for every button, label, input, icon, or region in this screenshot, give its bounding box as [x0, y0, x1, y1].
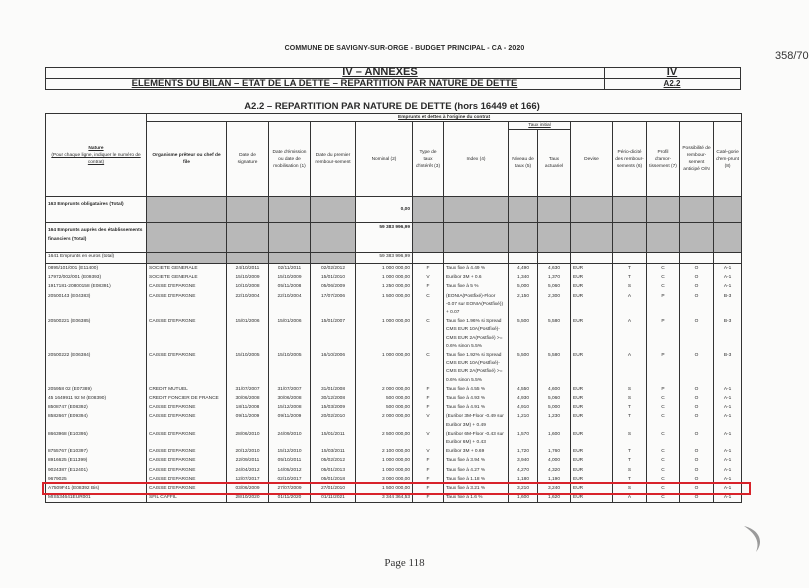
- cell-actuariel: 1,600: [538, 430, 571, 447]
- debt-table: Nature (Pour chaque ligne, indiquer le n…: [45, 113, 742, 503]
- cell-type: F: [413, 484, 444, 493]
- cell-prem: 17/07/2006: [311, 292, 356, 318]
- cell-nature: 8508747 (E08392): [46, 403, 147, 412]
- table-row: 9679025CAISSE D'EPARGNE12/07/201702/10/2…: [46, 475, 742, 484]
- cell-profil: P: [647, 351, 680, 385]
- cell-profil: P: [647, 317, 680, 351]
- cell-organisme: CAISSE D'EPARGNE: [147, 466, 227, 475]
- cell-nominal: 2 500 000,00: [356, 430, 413, 447]
- cell-niveau: 3,940: [509, 456, 538, 465]
- cell-possib: O: [680, 475, 714, 484]
- cell-prem: 30/12/2008: [311, 394, 356, 403]
- cell-profil: C: [647, 282, 680, 291]
- cell-index: Taux fixe à 3.21 %: [444, 484, 509, 493]
- cell-profil: C: [647, 412, 680, 429]
- total-nominal: 59 383 996,99: [356, 223, 413, 253]
- shaded-cell: [509, 197, 538, 223]
- cell-sig: 12/07/2017: [227, 475, 269, 484]
- total-row: 164 Emprunts auprès des établissements f…: [46, 223, 742, 253]
- cell-devise: EUR: [571, 412, 613, 429]
- section-title: A2.2 – REPARTITION PAR NATURE DE DETTE (…: [45, 101, 739, 112]
- cell-index: Taux fixe à 3.94 %: [444, 456, 509, 465]
- table-row: 8916625 (E11399)CAISSE D'EPARGNE22/09/20…: [46, 456, 742, 465]
- shaded-cell: [413, 197, 444, 223]
- cell-nature: 9679025: [46, 475, 147, 484]
- cell-cat: A-1: [714, 273, 742, 282]
- cell-devise: EUR: [571, 493, 613, 503]
- cell-possib: O: [680, 430, 714, 447]
- cell-nature: 17972/002/001 (E09393): [46, 273, 147, 282]
- shaded-cell: [613, 223, 647, 253]
- cell-nature: 20500222 (E06384): [46, 351, 147, 385]
- cell-cat: A-1: [714, 493, 742, 503]
- cell-cat: A-1: [714, 394, 742, 403]
- cell-actuariel: 2,300: [538, 292, 571, 318]
- col-periodicite: Pério-dicité des rembour-sements (6): [613, 122, 647, 197]
- cell-niveau: 2,150: [509, 292, 538, 318]
- cell-organisme: CAISSE D'EPARGNE: [147, 447, 227, 456]
- shaded-cell: [413, 223, 444, 253]
- document-header: COMMUNE DE SAVIGNY-SUR-ORGE - BUDGET PRI…: [0, 45, 809, 52]
- cell-devise: EUR: [571, 394, 613, 403]
- cell-prem: 15/01/2010: [311, 273, 356, 282]
- cell-possib: O: [680, 264, 714, 274]
- cell-index: (Euribor 3M-Floor -0.49 sur Euribor 3M) …: [444, 412, 509, 429]
- cell-emi: 15/10/2009: [269, 273, 311, 282]
- cell-nature: 8916625 (E11399): [46, 456, 147, 465]
- cell-organisme: CAISSE D'EPARGNE: [147, 430, 227, 447]
- cell-type: C: [413, 351, 444, 385]
- cell-possib: O: [680, 292, 714, 318]
- table-row: A7509F41 (E08392 Bis)CAISSE D'EPARGNE03/…: [46, 484, 742, 493]
- cell-nature: A7509F41 (E08392 Bis): [46, 484, 147, 493]
- cell-actuariel: 5,580: [538, 351, 571, 385]
- cell-nature: 8663968 (E10395): [46, 430, 147, 447]
- col-profil: Profil d'amor-tissement (7): [647, 122, 680, 197]
- cell-sig: 22/09/2011: [227, 456, 269, 465]
- cell-possib: O: [680, 447, 714, 456]
- cell-cat: A-1: [714, 484, 742, 493]
- shaded-cell: [538, 223, 571, 253]
- col-niveau: Niveau de taux (5): [509, 130, 538, 197]
- cell-prem: 05/06/2009: [311, 282, 356, 291]
- shaded-cell: [571, 253, 613, 264]
- col-actuariel: Taux actuariel: [538, 130, 571, 197]
- cell-nominal: 1 500 000,00: [356, 292, 413, 318]
- cell-possib: O: [680, 317, 714, 351]
- shaded-cell: [647, 197, 680, 223]
- col-date-emission: Date d'émission ou date de mobilisation …: [269, 122, 311, 197]
- shaded-cell: [509, 223, 538, 253]
- cell-type: F: [413, 264, 444, 274]
- shaded-cell: [714, 223, 742, 253]
- cell-sig: 22/10/2004: [227, 292, 269, 318]
- cell-sig: 30/06/2008: [227, 394, 269, 403]
- cell-organisme: CAISSE D'EPARGNE: [147, 456, 227, 465]
- shaded-cell: [444, 223, 509, 253]
- cell-niveau: 4,490: [509, 264, 538, 274]
- cell-index: (EONIA(Postfixé)-Floor -0.07 sur EONIA(P…: [444, 292, 509, 318]
- cell-possib: O: [680, 385, 714, 394]
- cell-possib: O: [680, 456, 714, 465]
- cell-emi: 24/09/2010: [269, 430, 311, 447]
- annex-title: IV – ANNEXES: [280, 67, 480, 78]
- cell-cat: A-1: [714, 282, 742, 291]
- cell-period: A: [613, 292, 647, 318]
- cell-prem: 05/01/2013: [311, 466, 356, 475]
- cell-sig: 24/10/2011: [227, 264, 269, 274]
- table-row: 45 1649911 92 M (E08390)CREDIT FONCIER D…: [46, 394, 742, 403]
- cell-sig: 31/07/2007: [227, 385, 269, 394]
- cell-index: Taux fixe à 1.6 %: [444, 493, 509, 503]
- cell-period: A: [613, 317, 647, 351]
- cell-devise: EUR: [571, 447, 613, 456]
- col-taux-initial: Taux initial: [509, 122, 571, 130]
- cell-sig: 28/06/2010: [227, 430, 269, 447]
- cell-sig: 18/11/2008: [227, 403, 269, 412]
- cell-emi: 15/01/2006: [269, 317, 311, 351]
- cell-cat: A-1: [714, 447, 742, 456]
- cell-actuariel: 4,600: [538, 385, 571, 394]
- shaded-cell: [269, 223, 311, 253]
- col-date-signature: Date de signature: [227, 122, 269, 197]
- shaded-cell: [227, 197, 269, 223]
- total-row: 163 Emprunts obligataires (Total)0,00: [46, 197, 742, 223]
- cell-emi: 31/07/2007: [269, 385, 311, 394]
- page-footer: Page 118: [0, 557, 809, 569]
- cell-niveau: 4,270: [509, 466, 538, 475]
- shaded-cell: [538, 197, 571, 223]
- cell-actuariel: 3,240: [538, 484, 571, 493]
- table-row: MIS534641EUR001SFIL CAFFIL28/10/202001/1…: [46, 493, 742, 503]
- cell-devise: EUR: [571, 484, 613, 493]
- cell-possib: O: [680, 273, 714, 282]
- cell-emi: 02/10/2017: [269, 475, 311, 484]
- cell-type: V: [413, 430, 444, 447]
- cell-cat: A-1: [714, 412, 742, 429]
- cell-profil: C: [647, 403, 680, 412]
- cell-prem: 02/02/2012: [311, 264, 356, 274]
- cell-profil: P: [647, 385, 680, 394]
- cell-type: F: [413, 282, 444, 291]
- cell-niveau: 1,720: [509, 447, 538, 456]
- cell-profil: C: [647, 475, 680, 484]
- cell-devise: EUR: [571, 475, 613, 484]
- cell-emi: 01/11/2020: [269, 493, 311, 503]
- cell-devise: EUR: [571, 282, 613, 291]
- cell-possib: O: [680, 403, 714, 412]
- cell-niveau: 1,180: [509, 475, 538, 484]
- cell-type: V: [413, 447, 444, 456]
- cell-profil: C: [647, 456, 680, 465]
- shaded-cell: [311, 197, 356, 223]
- cell-actuariel: 5,060: [538, 394, 571, 403]
- cell-period: T: [613, 264, 647, 274]
- cell-possib: O: [680, 351, 714, 385]
- shaded-cell: [714, 253, 742, 264]
- cell-niveau: 1,570: [509, 430, 538, 447]
- cell-type: C: [413, 292, 444, 318]
- cell-sig: 24/04/2012: [227, 466, 269, 475]
- cell-prem: 15/01/2007: [311, 317, 356, 351]
- cell-sig: 20/12/2010: [227, 447, 269, 456]
- cell-prem: 15/03/2011: [311, 447, 356, 456]
- cell-nominal: 3 000 000,00: [356, 475, 413, 484]
- cell-period: T: [613, 447, 647, 456]
- cell-nominal: 1 000 000,00: [356, 466, 413, 475]
- cell-devise: EUR: [571, 430, 613, 447]
- cell-period: S: [613, 282, 647, 291]
- cell-actuariel: 4,000: [538, 456, 571, 465]
- cell-sig: 15/10/2005: [227, 351, 269, 385]
- cell-devise: EUR: [571, 403, 613, 412]
- cell-possib: O: [680, 412, 714, 429]
- total-label: 164 Emprunts auprès des établissements f…: [46, 223, 147, 253]
- col-index: Index (4): [444, 122, 509, 197]
- cell-period: A: [613, 351, 647, 385]
- cell-possib: O: [680, 282, 714, 291]
- col-type-taux: Type de taux d'intérêt (3): [413, 122, 444, 197]
- shaded-cell: [571, 197, 613, 223]
- cell-type: C: [413, 317, 444, 351]
- cell-sig: 03/06/2009: [227, 484, 269, 493]
- cell-actuariel: 1,190: [538, 475, 571, 484]
- annex-code: IV: [605, 67, 739, 78]
- cell-index: Taux fixe à 4.55 %: [444, 385, 509, 394]
- table-row: 9024387 (E12401)CAISSE D'EPARGNE24/04/20…: [46, 466, 742, 475]
- cell-sig: 28/10/2020: [227, 493, 269, 503]
- shaded-cell: [509, 253, 538, 264]
- cell-organisme: CREDIT FONCIER DE FRANCE: [147, 394, 227, 403]
- cell-prem: 27/01/2010: [311, 484, 356, 493]
- shaded-cell: [613, 197, 647, 223]
- shaded-cell: [647, 223, 680, 253]
- cell-nature: 9024387 (E12401): [46, 466, 147, 475]
- cell-organisme: CAISSE D'EPARGNE: [147, 282, 227, 291]
- cell-actuariel: 1,620: [538, 493, 571, 503]
- cell-devise: EUR: [571, 466, 613, 475]
- shaded-cell: [147, 223, 227, 253]
- cell-organisme: CREDIT MUTUEL: [147, 385, 227, 394]
- cell-organisme: CAISSE D'EPARGNE: [147, 292, 227, 318]
- cell-profil: C: [647, 493, 680, 503]
- cell-type: F: [413, 456, 444, 465]
- page-counter: 358/707: [775, 50, 809, 62]
- cell-niveau: 1,600: [509, 493, 538, 503]
- total-row: 1641 Emprunts en euros (total)59 383 996…: [46, 253, 742, 264]
- cell-type: F: [413, 493, 444, 503]
- cell-actuariel: 1,370: [538, 273, 571, 282]
- cell-emi: 15/12/2010: [269, 447, 311, 456]
- cell-actuariel: 4,320: [538, 466, 571, 475]
- cell-nominal: 2 000 000,00: [356, 412, 413, 429]
- cell-nominal: 1 000 000,00: [356, 273, 413, 282]
- cell-nominal: 2 100 000,00: [356, 447, 413, 456]
- annex-subcode: A2.2: [605, 78, 739, 89]
- cell-nominal: 1 000 000,00: [356, 317, 413, 351]
- cell-niveau: 4,910: [509, 403, 538, 412]
- shaded-cell: [680, 223, 714, 253]
- cell-actuariel: 1,230: [538, 412, 571, 429]
- cell-nominal: 1 000 000,00: [356, 456, 413, 465]
- cell-organisme: SOCIETE GENERALE: [147, 273, 227, 282]
- shaded-cell: [227, 223, 269, 253]
- cell-index: Taux fixe à 1.18 %: [444, 475, 509, 484]
- table-row: 8663968 (E10395)CAISSE D'EPARGNE28/06/20…: [46, 430, 742, 447]
- cell-organisme: CAISSE D'EPARGNE: [147, 351, 227, 385]
- cell-profil: C: [647, 394, 680, 403]
- total-label: 163 Emprunts obligataires (Total): [46, 197, 147, 223]
- table-row: 8508747 (E08392)CAISSE D'EPARGNE18/11/20…: [46, 403, 742, 412]
- cell-index: Euribor 3M + 0.6: [444, 273, 509, 282]
- cell-period: T: [613, 403, 647, 412]
- cell-possib: O: [680, 466, 714, 475]
- col-nature: Nature (Pour chaque ligne, indiquer le n…: [46, 114, 147, 197]
- cell-period: T: [613, 475, 647, 484]
- cell-index: Taux fixe à 4.93 %: [444, 394, 509, 403]
- cell-actuariel: 5,060: [538, 282, 571, 291]
- cell-nominal: 500 000,00: [356, 394, 413, 403]
- cell-nature: 205958 02 (E07389): [46, 385, 147, 394]
- shaded-cell: [444, 253, 509, 264]
- shaded-cell: [680, 253, 714, 264]
- col-organisme: Organisme prêteur ou chef de file: [147, 122, 227, 197]
- cell-emi: 05/11/2008: [269, 282, 311, 291]
- cell-organisme: SFIL CAFFIL: [147, 493, 227, 503]
- cell-period: T: [613, 412, 647, 429]
- cell-devise: EUR: [571, 456, 613, 465]
- cell-actuariel: 5,000: [538, 403, 571, 412]
- annex-subtitle: ELEMENTS DU BILAN – ETAT DE LA DETTE – R…: [46, 78, 603, 89]
- col-nature-note: (Pour chaque ligne, indiquer le numéro d…: [48, 152, 144, 166]
- cell-emi: 30/06/2008: [269, 394, 311, 403]
- cell-profil: C: [647, 484, 680, 493]
- cell-devise: EUR: [571, 292, 613, 318]
- cell-type: F: [413, 475, 444, 484]
- cell-period: T: [613, 456, 647, 465]
- shaded-cell: [571, 223, 613, 253]
- cell-profil: C: [647, 447, 680, 456]
- cell-possib: O: [680, 394, 714, 403]
- table-row: 1917181-20800158 (E08391)CAISSE D'EPARGN…: [46, 282, 742, 291]
- shaded-cell: [311, 253, 356, 264]
- col-devise: Devise: [571, 122, 613, 197]
- shaded-cell: [680, 197, 714, 223]
- cell-emi: 05/10/2011: [269, 456, 311, 465]
- cell-emi: 09/11/2009: [269, 412, 311, 429]
- shaded-cell: [413, 253, 444, 264]
- cell-emi: 22/10/2004: [269, 292, 311, 318]
- table-row: 17972/002/001 (E09393)SOCIETE GENERALE15…: [46, 273, 742, 282]
- cell-cat: A-1: [714, 466, 742, 475]
- cell-possib: O: [680, 484, 714, 493]
- cell-nominal: 500 000,00: [356, 403, 413, 412]
- cell-niveau: 3,210: [509, 484, 538, 493]
- cell-organisme: CAISSE D'EPARGNE: [147, 475, 227, 484]
- cell-possib: O: [680, 493, 714, 503]
- cell-index: Taux fixe à 4.27 %: [444, 466, 509, 475]
- cell-index: (Euribor 6M-Floor -0.43 sur Euribor 6M) …: [444, 430, 509, 447]
- cell-nature: 0895/101/001 (E11400): [46, 264, 147, 274]
- shaded-cell: [147, 253, 227, 264]
- shaded-cell: [311, 223, 356, 253]
- shaded-cell: [714, 197, 742, 223]
- cell-index: Euribor 3M + 0.69: [444, 447, 509, 456]
- shaded-cell: [269, 197, 311, 223]
- cell-nature: 20500143 (E04383): [46, 292, 147, 318]
- cell-profil: C: [647, 273, 680, 282]
- cell-nominal: 2 000 000,00: [356, 385, 413, 394]
- cell-cat: A-1: [714, 403, 742, 412]
- cell-type: V: [413, 412, 444, 429]
- shaded-cell: [444, 197, 509, 223]
- cell-niveau: 4,930: [509, 394, 538, 403]
- cell-profil: P: [647, 292, 680, 318]
- cell-organisme: CAISSE D'EPARGNE: [147, 412, 227, 429]
- cell-nature: 45 1649911 92 M (E08390): [46, 394, 147, 403]
- cell-niveau: 1,340: [509, 273, 538, 282]
- cell-type: F: [413, 385, 444, 394]
- cell-nature: 8582667 (E09394): [46, 412, 147, 429]
- cell-prem: 01/11/2021: [311, 493, 356, 503]
- shaded-cell: [147, 197, 227, 223]
- cell-cat: B-3: [714, 351, 742, 385]
- cell-nature: MIS534641EUR001: [46, 493, 147, 503]
- cell-profil: C: [647, 466, 680, 475]
- cell-niveau: 4,550: [509, 385, 538, 394]
- cell-cat: A-1: [714, 264, 742, 274]
- cell-devise: EUR: [571, 273, 613, 282]
- col-possibilite: Possibilité de rembour-sement anticipé O…: [680, 122, 714, 197]
- shaded-cell: [647, 253, 680, 264]
- cell-organisme: CAISSE D'EPARGNE: [147, 484, 227, 493]
- cell-index: Taux fixe à 5 %: [444, 282, 509, 291]
- cell-niveau: 5,000: [509, 282, 538, 291]
- group-header: Emprunts et dettes à l'origine du contra…: [147, 114, 742, 122]
- col-nature-label: Nature: [48, 145, 144, 152]
- total-label: 1641 Emprunts en euros (total): [46, 253, 147, 264]
- cell-prem: 15/03/2009: [311, 403, 356, 412]
- cell-profil: C: [647, 430, 680, 447]
- cell-prem: 16/10/2006: [311, 351, 356, 385]
- cell-period: S: [613, 466, 647, 475]
- cell-nominal: 3 344 364,53: [356, 493, 413, 503]
- cell-emi: 02/11/2011: [269, 264, 311, 274]
- cell-cat: B-3: [714, 317, 742, 351]
- cell-devise: EUR: [571, 351, 613, 385]
- col-nominal: Nominal (2): [356, 122, 413, 197]
- table-row: 0895/101/001 (E11400)SOCIETE GENERALE24/…: [46, 264, 742, 274]
- cell-prem: 05/02/2012: [311, 456, 356, 465]
- cell-prem: 05/01/2018: [311, 475, 356, 484]
- table-row: 205958 02 (E07389)CREDIT MUTUEL31/07/200…: [46, 385, 742, 394]
- cell-devise: EUR: [571, 385, 613, 394]
- table-row: 8755767 (E10397)CAISSE D'EPARGNE20/12/20…: [46, 447, 742, 456]
- page-curl-icon: [742, 524, 768, 554]
- cell-type: V: [413, 273, 444, 282]
- cell-nominal: 1 000 000,00: [356, 264, 413, 274]
- cell-period: S: [613, 394, 647, 403]
- cell-cat: A-1: [714, 456, 742, 465]
- shaded-cell: [613, 253, 647, 264]
- cell-period: S: [613, 385, 647, 394]
- cell-niveau: 1,210: [509, 412, 538, 429]
- cell-sig: 15/10/2009: [227, 273, 269, 282]
- cell-profil: C: [647, 264, 680, 274]
- cell-nature: 8755767 (E10397): [46, 447, 147, 456]
- cell-period: A: [613, 493, 647, 503]
- cell-prem: 20/02/2010: [311, 412, 356, 429]
